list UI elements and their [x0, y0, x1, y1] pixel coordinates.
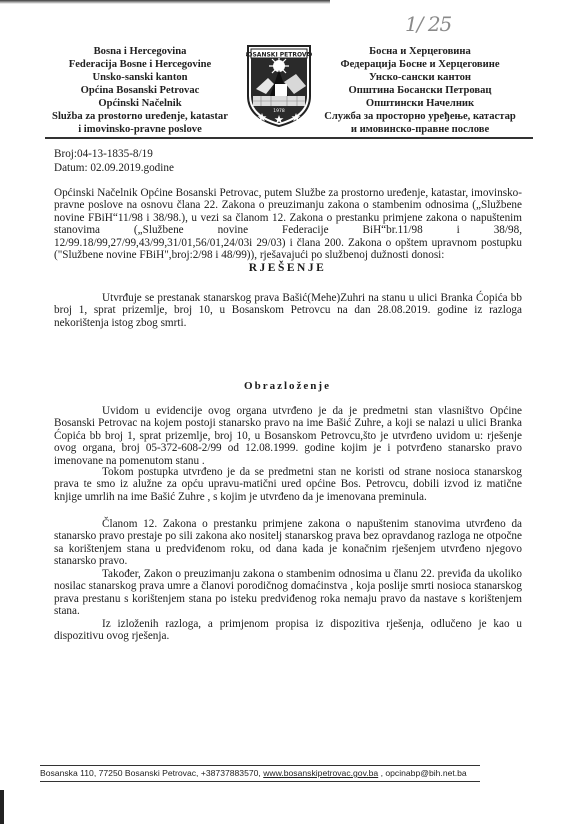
scan-edge-shadow-left — [0, 790, 4, 824]
header-line: i imovinsko-pravne poslove — [40, 123, 240, 136]
header-line: Bosna i Hercegovina — [40, 45, 240, 58]
decision-text: Utvrđuje se prestanak stanarskog prava B… — [54, 292, 522, 329]
header-cyrillic: Босна и Херцеговина Федерација Босне и Х… — [310, 45, 530, 136]
handwritten-annotation: 1/ 25 — [405, 12, 451, 36]
header-line: Општински Начелник — [310, 97, 530, 110]
footer-address: Bosanska 110, 77250 Bosanski Petrovac, +… — [40, 768, 261, 778]
footer-website-link[interactable]: www.bosanskipetrovac.gov.ba — [263, 768, 378, 778]
header-line: Služba za prostorno uređenje, katastar — [40, 110, 240, 123]
footer-email[interactable]: opcinabp@bih.net.ba — [385, 768, 466, 778]
reasoning-paragraph: Iz izloženih razloga, a primjenom propis… — [54, 618, 522, 643]
reasoning-paragraph: Članom 12. Zakona o prestanku primjene z… — [54, 518, 522, 568]
header-latin: Bosna i Hercegovina Federacija Bosne i H… — [40, 45, 240, 136]
header-line: Служба за просторно уређење, катастар — [310, 110, 530, 123]
reasoning-paragraph: Tokom postupka utvrđeno je da se predmet… — [54, 466, 522, 503]
svg-text:BOSANSKI PETROVAC: BOSANSKI PETROVAC — [246, 52, 312, 59]
header-line: Општина Босански Петровац — [310, 84, 530, 97]
footer-divider-top — [40, 765, 480, 766]
reasoning-paragraph: Također, Zakon o preuzimanju zakona o st… — [54, 568, 522, 618]
svg-text:1978: 1978 — [273, 108, 285, 114]
document-date: Datum: 02.09.2019.godine — [54, 161, 174, 175]
decision-title: RJEŠENJE — [0, 262, 575, 274]
document-meta: Broj:04-13-1835-8/19 Datum: 02.09.2019.g… — [54, 147, 174, 175]
header-line: Federacija Bosne i Hercegovine — [40, 58, 240, 71]
header-line: Федерација Босне и Херцеговине — [310, 58, 530, 71]
scan-edge-shadow — [0, 0, 330, 4]
document-number: Broj:04-13-1835-8/19 — [54, 147, 174, 161]
header-line: Унско-сански кантон — [310, 71, 530, 84]
intro-paragraph: Općinski Načelnik Općine Bosanski Petrov… — [54, 187, 522, 261]
header-line: Босна и Херцеговина — [310, 45, 530, 58]
reasoning-paragraph: Uvidom u evidencije ovog organa utvrđeno… — [54, 405, 522, 467]
header-line: Unsko-sanski kanton — [40, 71, 240, 84]
header-line: Općina Bosanski Petrovac — [40, 84, 240, 97]
header-line: и имовинско-правне послове — [310, 123, 530, 136]
header-divider — [45, 137, 533, 139]
reasoning-title: Obrazloženje — [0, 380, 575, 392]
footer-divider-bottom — [40, 781, 480, 782]
footer-contact: Bosanska 110, 77250 Bosanski Petrovac, +… — [40, 768, 467, 778]
municipal-crest-icon: BOSANSKI PETROVAC 1978 — [246, 44, 312, 128]
header-line: Općinski Načelnik — [40, 97, 240, 110]
